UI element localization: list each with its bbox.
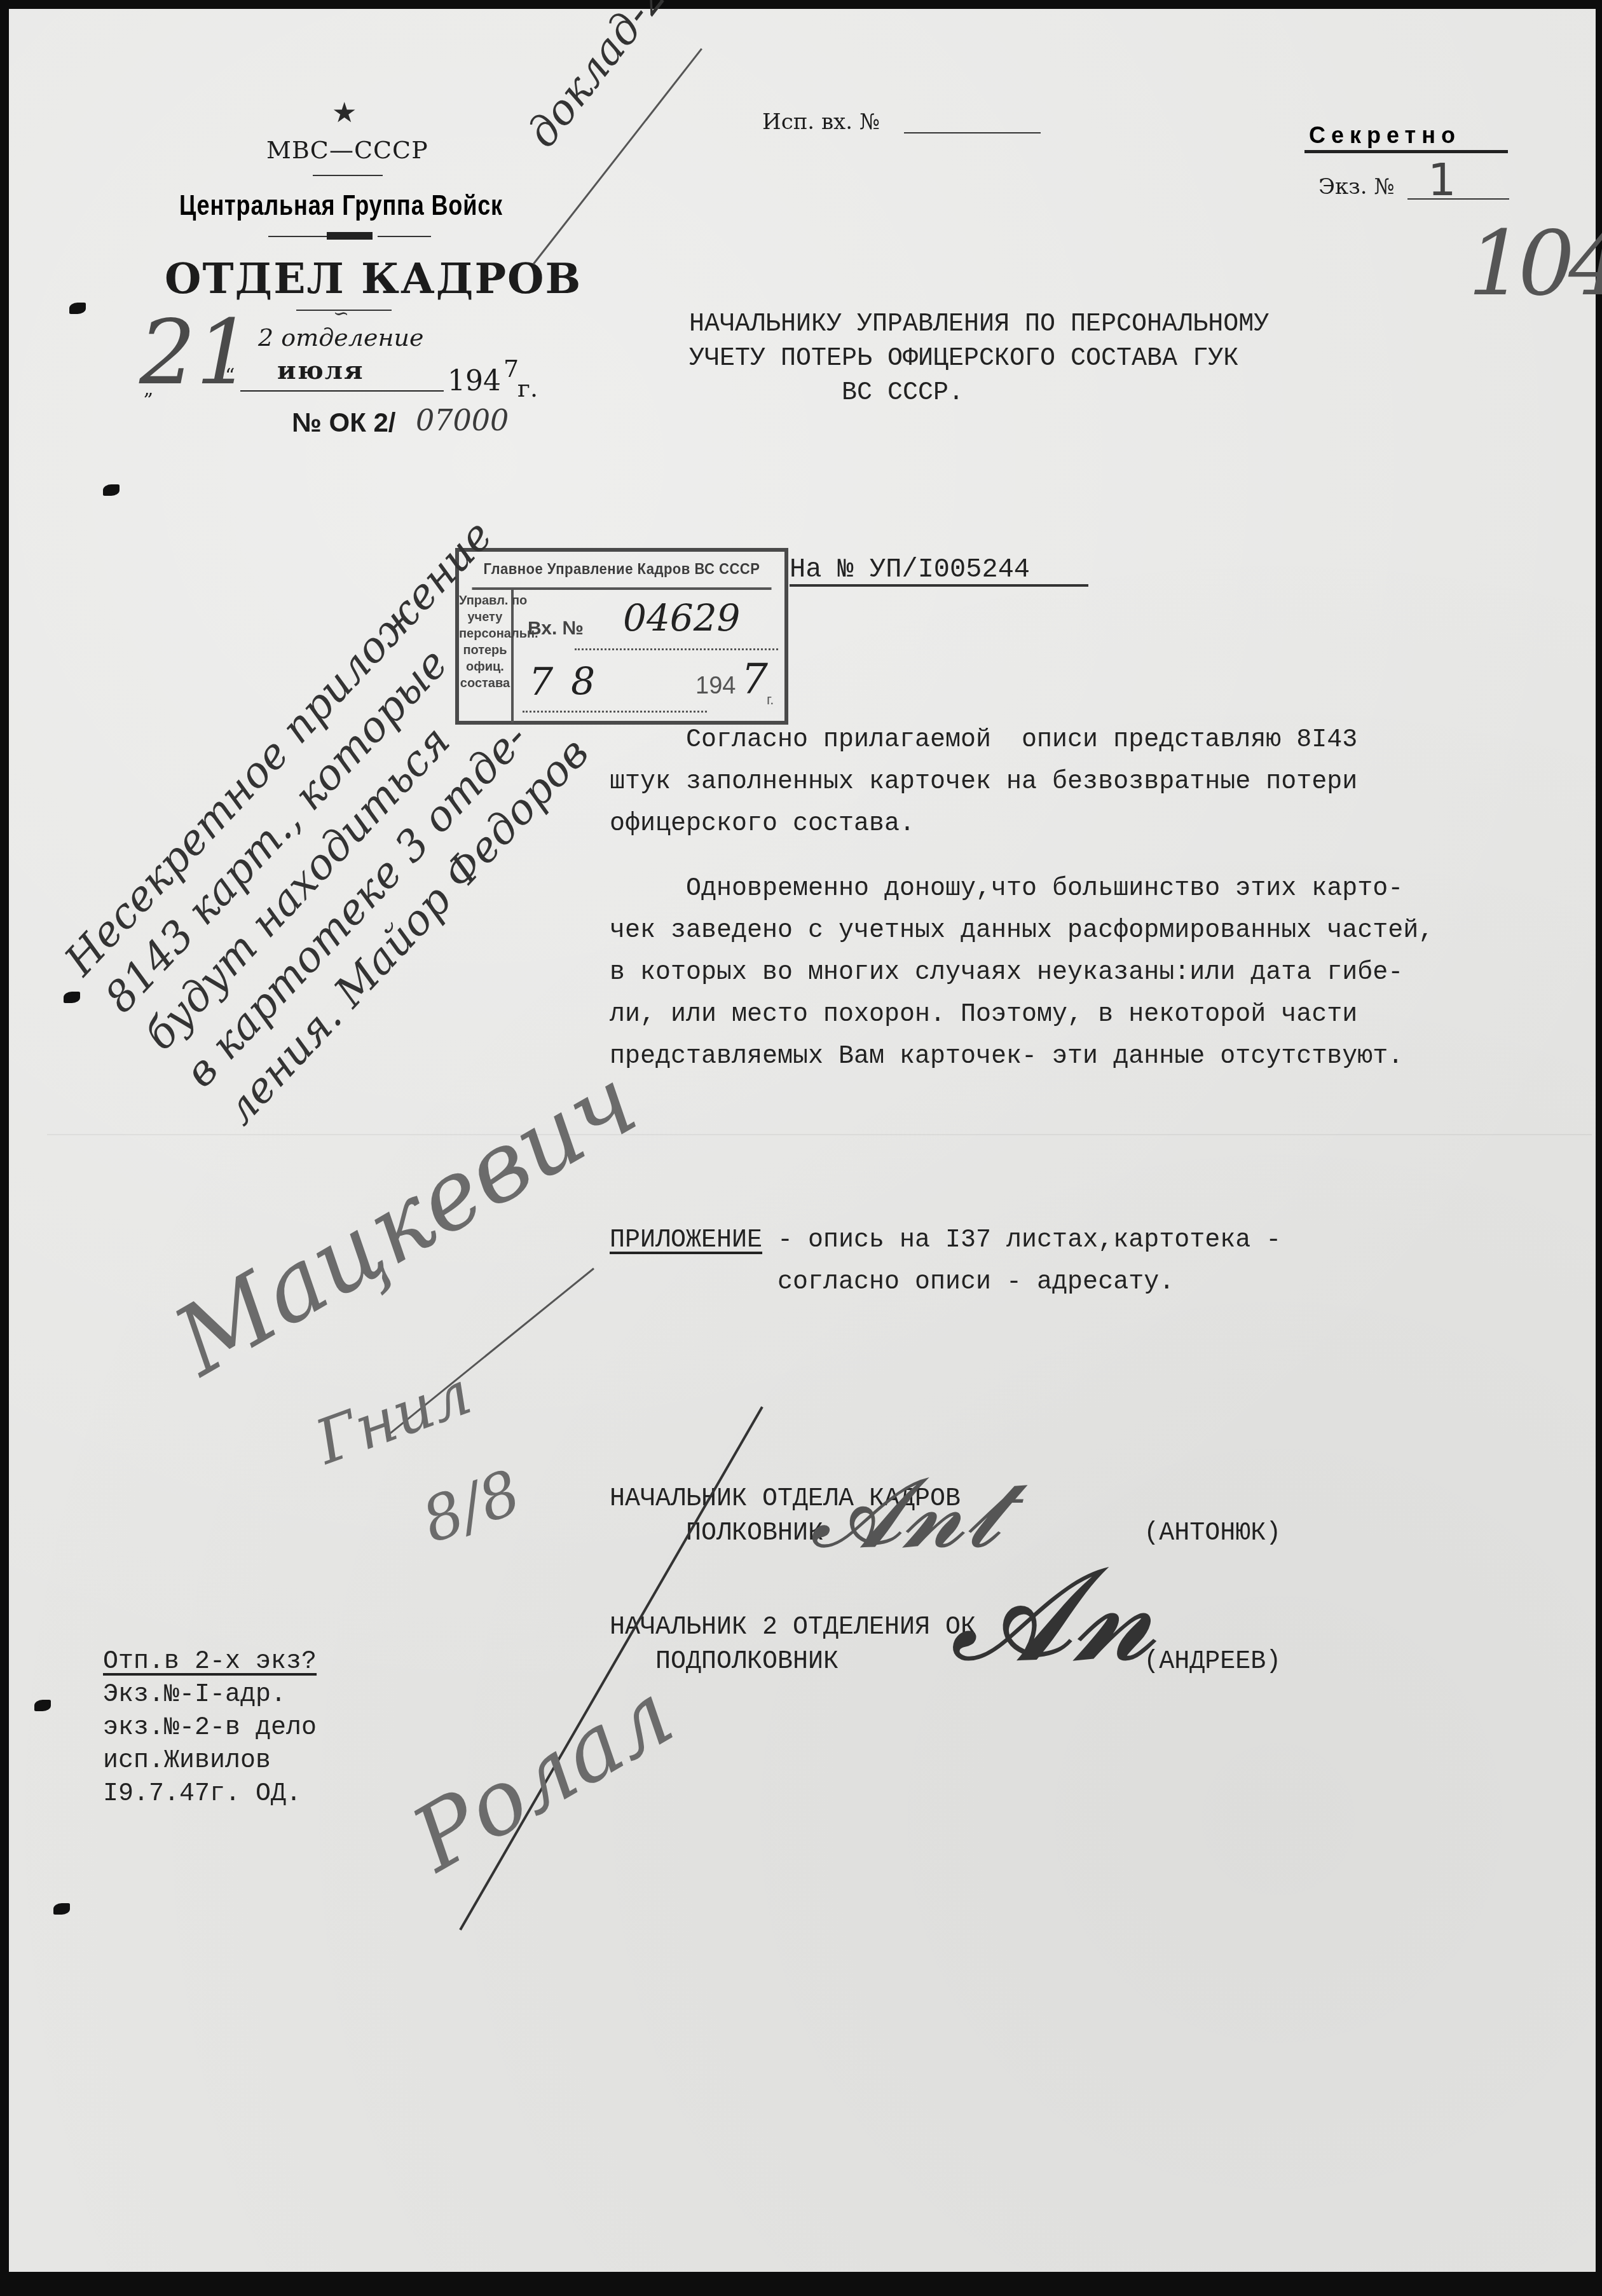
- margin-note-bottom: Ролал: [396, 1662, 690, 1892]
- distribution-lines: Экз.№-I-адр. экз.№-2-в дело исп.Живилов …: [103, 1681, 317, 1808]
- punch-hole: [64, 992, 80, 1003]
- copy-number-handwritten: 1: [1428, 154, 1456, 206]
- copy-number-line: [1407, 198, 1509, 200]
- handwritten-date-day: 21: [139, 301, 252, 405]
- classification-mark: Секретно: [1309, 122, 1461, 149]
- stamp-year-prefix: 194: [695, 673, 736, 700]
- divider: [378, 236, 431, 237]
- date-year-prefix: 194: [448, 365, 501, 397]
- stamp-year-unit: г.: [767, 692, 774, 708]
- reference-underline: [790, 584, 1088, 587]
- resolution-initials: Гнил: [306, 1357, 480, 1479]
- punch-hole: [34, 1700, 51, 1711]
- military-group-name: Центральная Группа Войск: [179, 190, 503, 222]
- signature-block-head-of-section: НАЧАЛЬНИК 2 ОТДЕЛЕНИЯ ОК ПОДПОЛКОВНИК (А…: [610, 1611, 1281, 1679]
- flourish-icon: ∽: [333, 303, 349, 325]
- stamp-incoming-number: 04629: [623, 596, 741, 639]
- divider: [268, 236, 328, 237]
- sheet-number-handwritten: 104: [1468, 212, 1602, 316]
- star-icon: ★: [332, 97, 357, 129]
- punch-hole: [103, 484, 120, 496]
- document-page: ★ МВС—СССР Центральная Группа Войск ОТДЕ…: [9, 9, 1596, 2272]
- classification-underline: [1304, 150, 1508, 153]
- incoming-number-line: [904, 132, 1041, 133]
- section-name: 2 отделение: [258, 324, 423, 352]
- resolution-date: 8/8: [413, 1456, 530, 1557]
- divider: [313, 175, 383, 176]
- handwritten-signature-andreev: 𝓐𝓷: [950, 1541, 1156, 1690]
- department-name: ОТДЕЛ КАДРОВ: [165, 254, 582, 303]
- margin-note-top: доклад-2: [517, 0, 677, 156]
- appendix-text-line-2: согласно описи - адресату.: [610, 1268, 1174, 1297]
- date-month: июля: [277, 355, 364, 385]
- appendix-text-line-1: - опись на I37 листах,картотека -: [762, 1226, 1281, 1255]
- reference-number: На № УП/I005244: [790, 554, 1030, 585]
- addressee: НАЧАЛЬНИКУ УПРАВЛЕНИЯ ПО ПЕРСОНАЛЬНОМУ У…: [689, 308, 1269, 411]
- outgoing-number-handwritten: 07000: [416, 403, 509, 437]
- outgoing-number-label: № ОК 2/: [292, 407, 396, 438]
- punch-hole: [53, 1903, 70, 1915]
- copy-number-label: Экз. №: [1318, 174, 1395, 200]
- body-paragraph-2: Одновременно доношу,что большинство этих…: [610, 868, 1434, 1078]
- ministry-name: МВС—СССР: [266, 136, 428, 164]
- distribution-list: Отп.в 2-х экз? Экз.№-I-адр. экз.№-2-в де…: [103, 1646, 317, 1811]
- quote-mark: “: [225, 365, 235, 387]
- date-year-unit: г.: [517, 374, 538, 402]
- divider: [327, 232, 373, 240]
- punch-hole: [69, 303, 86, 314]
- paper-fold-line: [47, 1134, 1592, 1135]
- body-paragraph-1: Согласно прилагаемой описи представляю 8…: [610, 720, 1357, 845]
- appendix: ПРИЛОЖЕНИЕ - опись на I37 листах,картоте…: [610, 1220, 1281, 1304]
- date-underline: [240, 390, 444, 392]
- stamp-year-suffix: 7: [741, 655, 768, 704]
- quote-mark: „: [144, 378, 154, 400]
- distribution-title: Отп.в 2-х экз?: [103, 1648, 317, 1676]
- date-year-suffix: 7: [503, 355, 519, 383]
- appendix-label: ПРИЛОЖЕНИЕ: [610, 1226, 762, 1255]
- incoming-number-label: Исп. вх. №: [762, 109, 880, 135]
